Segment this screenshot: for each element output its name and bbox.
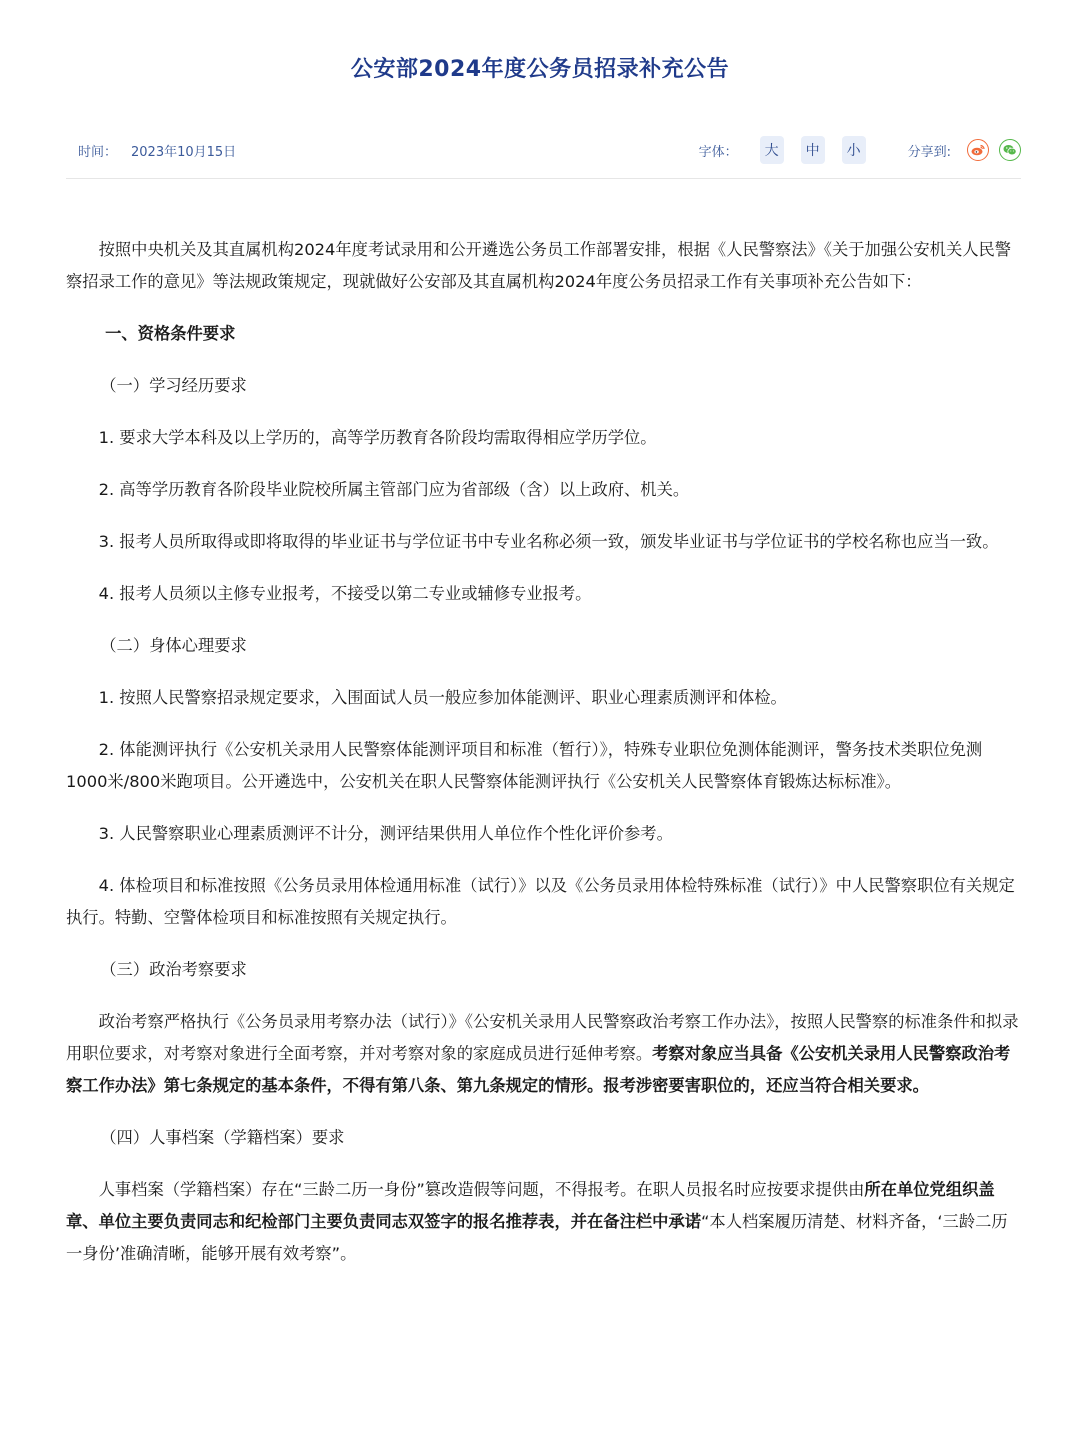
header-divider [66, 178, 1021, 179]
font-size-controls: 字体： 大 中 小 [699, 136, 866, 164]
physical-item-3: 3. 人民警察职业心理素质测评不计分，测评结果供用人单位作个性化评价参考。 [66, 818, 1023, 850]
education-item-3: 3. 报考人员所取得或即将取得的毕业证书与学位证书中专业名称必须一致，颁发毕业证… [66, 526, 1023, 558]
time-label: 时间： [78, 141, 117, 160]
personnel-file-paragraph: 人事档案（学籍档案）存在“三龄二历一身份”篡改造假等问题，不得报考。在职人员报名… [66, 1174, 1023, 1270]
education-item-2: 2. 高等学历教育各阶段毕业院校所属主管部门应为省部级（含）以上政府、机关。 [66, 474, 1023, 506]
subheading-education: （一）学习经历要求 [66, 370, 1023, 402]
font-size-label: 字体： [699, 141, 738, 160]
page-title: 公安部2024年度公务员招录补充公告 [0, 52, 1080, 83]
time-value: 2023年10月15日 [131, 141, 236, 160]
physical-item-2: 2. 体能测评执行《公安机关录用人民警察体能测评项目和标准（暂行）》，特殊专业职… [66, 734, 1023, 798]
share-label: 分享到: [908, 141, 951, 160]
wechat-icon[interactable] [999, 139, 1021, 161]
font-medium-button[interactable]: 中 [801, 136, 825, 164]
subheading-physical-psych: （二）身体心理要求 [66, 630, 1023, 662]
personnel-text-1: 人事档案（学籍档案）存在“三龄二历一身份”篡改造假等问题，不得报考。在职人员报名… [99, 1180, 865, 1199]
subheading-personnel-file: （四）人事档案（学籍档案）要求 [66, 1122, 1023, 1154]
article-meta-bar: 时间： 2023年10月15日 字体： 大 中 小 分享到: [66, 134, 1021, 166]
share-controls: 分享到: [908, 139, 1021, 161]
article-body: 按照中央机关及其直属机构2024年度考试录用和公开遴选公务员工作部署安排，根据《… [66, 234, 1023, 1270]
weibo-icon[interactable] [967, 139, 989, 161]
font-large-button[interactable]: 大 [760, 136, 784, 164]
physical-item-4: 4. 体检项目和标准按照《公务员录用体检通用标准（试行）》以及《公务员录用体检特… [66, 870, 1023, 934]
education-item-4: 4. 报考人员须以主修专业报考，不接受以第二专业或辅修专业报考。 [66, 578, 1023, 610]
political-paragraph: 政治考察严格执行《公务员录用考察办法（试行）》《公安机关录用人民警察政治考察工作… [66, 1006, 1023, 1102]
intro-paragraph: 按照中央机关及其直属机构2024年度考试录用和公开遴选公务员工作部署安排，根据《… [66, 234, 1023, 298]
publish-time: 时间： 2023年10月15日 [78, 141, 236, 160]
education-item-1: 1. 要求大学本科及以上学历的，高等学历教育各阶段均需取得相应学历学位。 [66, 422, 1023, 454]
section-heading-qualifications: 一、资格条件要求 [66, 318, 1023, 350]
physical-item-1: 1. 按照人民警察招录规定要求，入围面试人员一般应参加体能测评、职业心理素质测评… [66, 682, 1023, 714]
subheading-political: （三）政治考察要求 [66, 954, 1023, 986]
font-small-button[interactable]: 小 [842, 136, 866, 164]
